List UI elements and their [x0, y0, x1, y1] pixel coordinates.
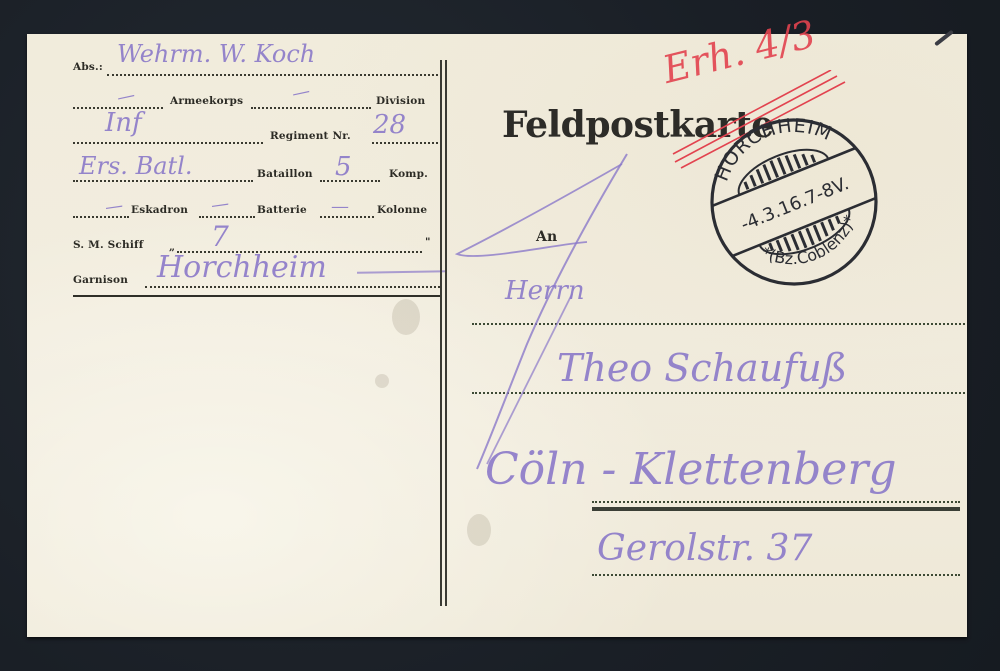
eskadron-label: Eskadron — [131, 204, 188, 216]
recipient-street: Gerolstr. 37 — [597, 528, 812, 569]
regiment-nr-handwriting: 28 — [373, 110, 406, 140]
division-line — [251, 107, 371, 109]
division-label: Division — [376, 95, 425, 107]
batterie-line — [199, 216, 255, 218]
pencil-mark — [934, 30, 954, 47]
eskadron-dash: — — [104, 195, 125, 218]
handwriting-flourish — [447, 144, 647, 474]
divider-line-left — [440, 60, 442, 606]
bataillon-line — [73, 180, 253, 182]
kolonne-dash: — — [331, 196, 349, 217]
foxing-stain — [392, 299, 420, 335]
abs-handwriting: Wehrm. W. Koch — [117, 40, 315, 68]
abs-line — [107, 74, 442, 76]
schiff-handwriting: 7 — [211, 220, 229, 253]
bataillon-label: Bataillon — [257, 168, 313, 180]
address-line-4 — [592, 574, 960, 576]
garnison-flourish — [357, 270, 447, 273]
bataillon-handwriting: Ers. Batl. — [79, 152, 192, 180]
address-line-3 — [592, 501, 960, 503]
garnison-line — [145, 286, 440, 288]
unit-type-line — [73, 142, 263, 144]
regiment-line — [372, 142, 442, 144]
postmark: HORCHHEIM -4.3.16.7-8V. *(Bz.Coblenz)* — [694, 117, 890, 283]
feldpostkarte-card: Abs.: Wehrm. W. Koch Armeekorps Division… — [27, 34, 967, 637]
batterie-dash: — — [210, 193, 231, 216]
schiff-label: S. M. Schiff — [73, 239, 144, 251]
kolonne-label: Kolonne — [377, 204, 427, 216]
komp-handwriting: 5 — [335, 152, 352, 182]
division-dash: — — [290, 80, 312, 104]
armeekorps-label: Armeekorps — [170, 95, 243, 107]
unit-type-handwriting: Inf — [105, 108, 142, 138]
city-underline — [592, 507, 960, 511]
regiment-label: Regiment Nr. — [270, 130, 351, 142]
sender-section-underline — [73, 295, 441, 297]
eskadron-line — [73, 216, 129, 218]
foxing-stain — [467, 514, 491, 546]
garnison-label: Garnison — [73, 274, 128, 286]
batterie-label: Batterie — [257, 204, 307, 216]
foxing-stain — [375, 374, 389, 388]
garnison-handwriting: Horchheim — [157, 250, 327, 285]
armeekorps-dash: — — [115, 84, 137, 108]
abs-label: Abs.: — [73, 61, 103, 73]
komp-label: Komp. — [389, 168, 428, 180]
schiff-close-quote: " — [425, 236, 431, 248]
